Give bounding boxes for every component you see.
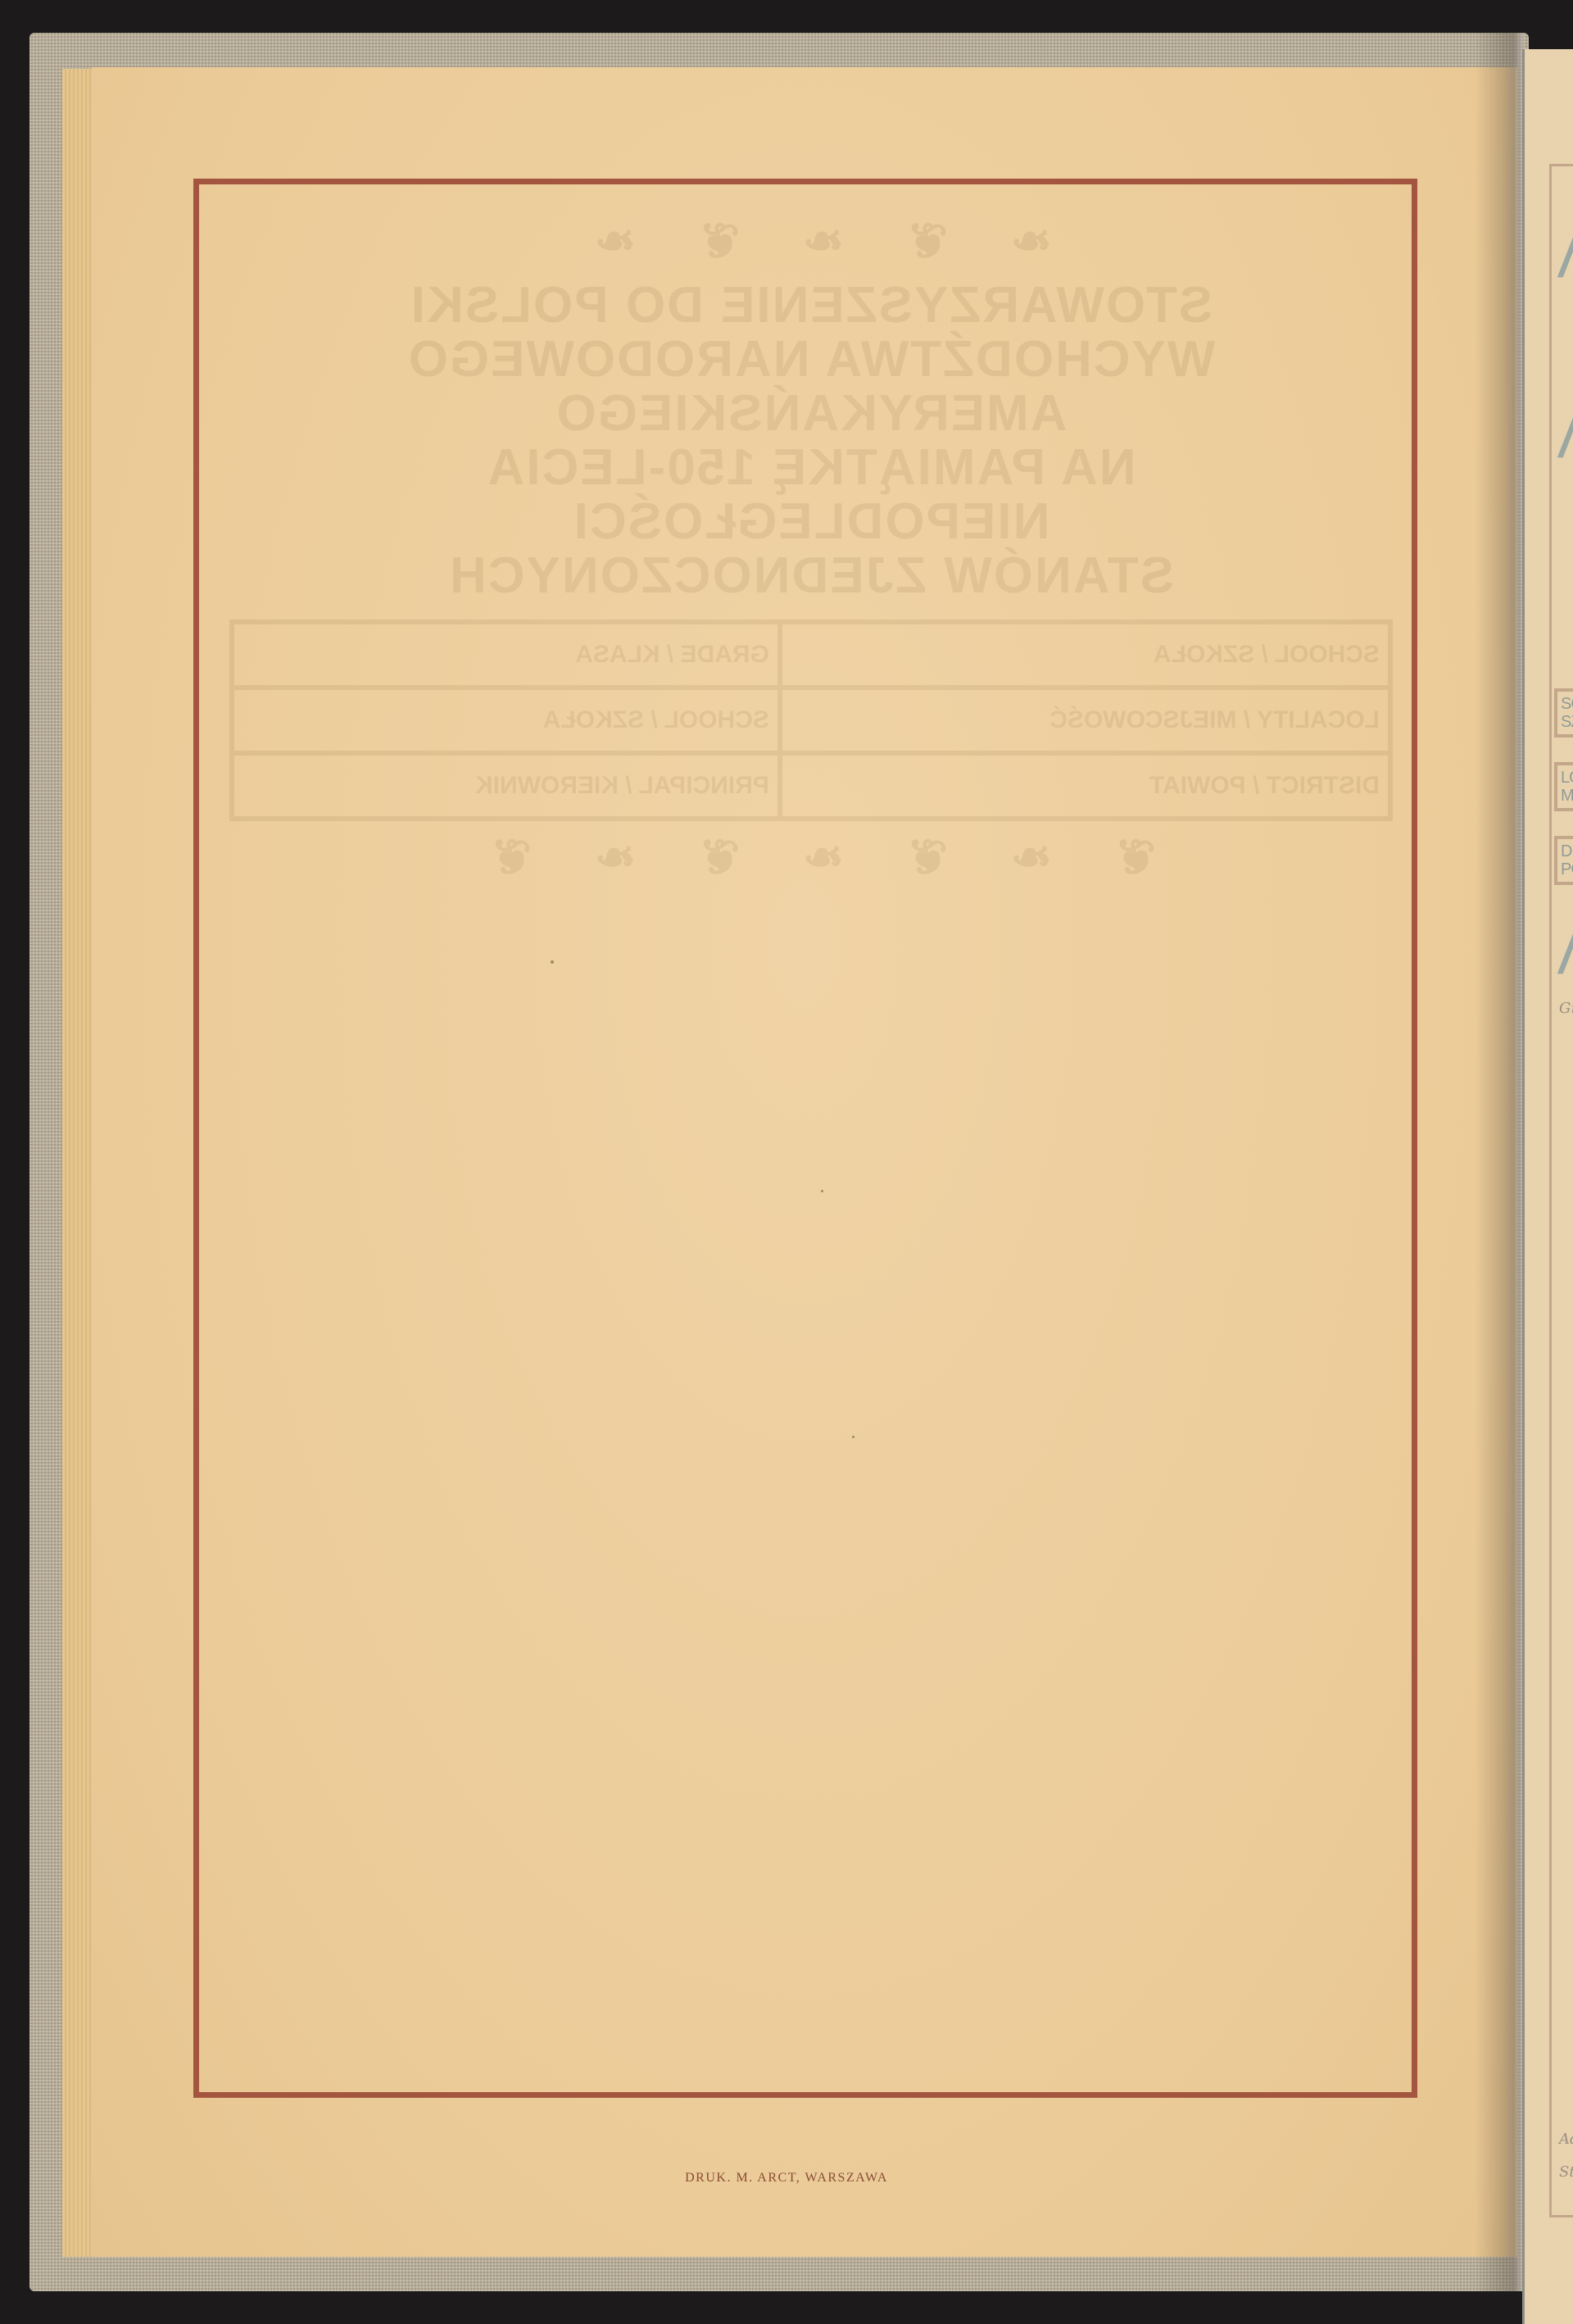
- paper-speck: [852, 1436, 854, 1438]
- printer-imprint: DRUK. M. ARCT, WARSZAWA: [0, 2171, 1573, 2186]
- red-border-frame: [193, 179, 1417, 2098]
- adjacent-script: Stanis: [1559, 2163, 1573, 2181]
- adjacent-page-frame: [1549, 164, 1573, 2217]
- adjacent-box: LOCA MIEJS: [1554, 762, 1573, 811]
- adjacent-script: Grench: [1559, 1000, 1573, 1017]
- page-edges: [62, 69, 96, 2257]
- adjacent-box: DISTR POW: [1554, 836, 1573, 885]
- adjacent-script: Ada: [1559, 2131, 1573, 2148]
- gutter-shadow: [1475, 33, 1524, 2291]
- paper-speck: [551, 960, 554, 964]
- paper-speck: [821, 1190, 823, 1192]
- adjacent-page-strip: ⋀ ⋀ SCHO SZKO LOCA MIEJS DISTR POW ⋀ Gre…: [1522, 49, 1573, 2324]
- adjacent-ornament-icon: ⋀: [1557, 910, 1573, 978]
- adjacent-ornament-icon: ⋀: [1557, 393, 1573, 461]
- adjacent-ornament-icon: ⋀: [1557, 213, 1573, 281]
- adjacent-box: SCHO SZKO: [1554, 688, 1573, 738]
